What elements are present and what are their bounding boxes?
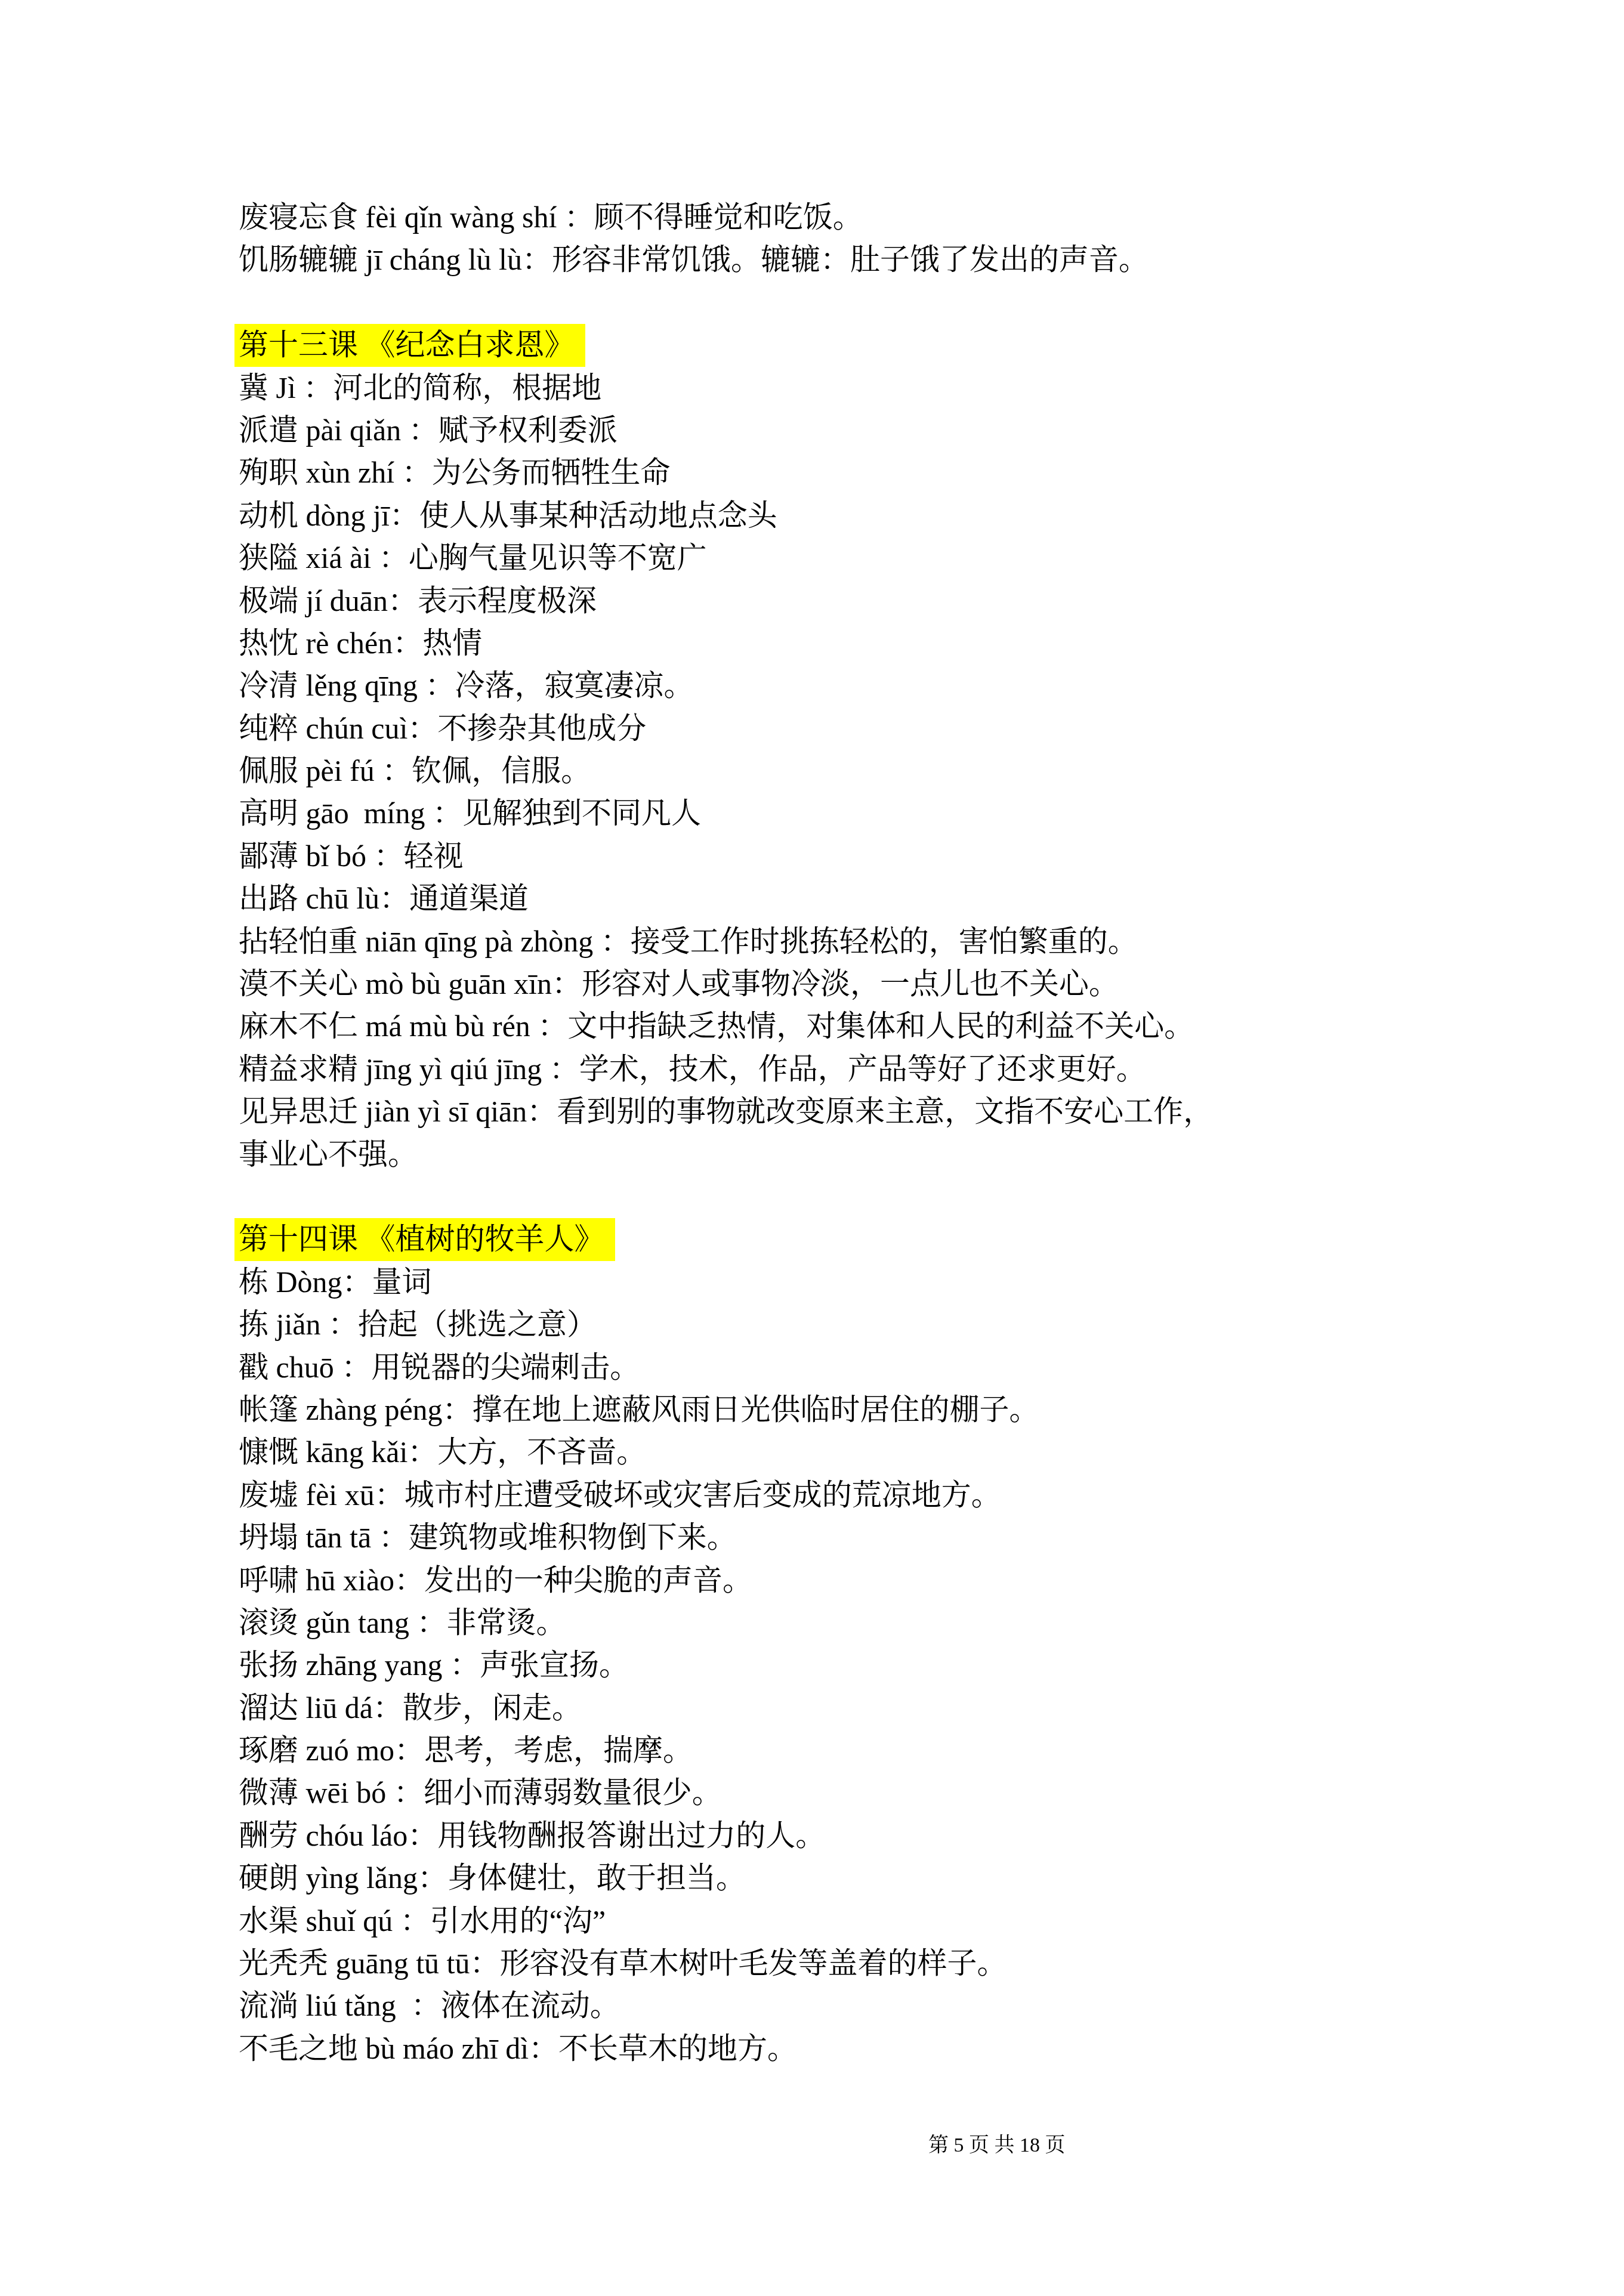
vocab-line: 流淌 liú tǎng ：液体在流动。 [239,1985,1599,2027]
vocab-line: 琢磨 zuó mo：思考，考虑，揣摩。 [239,1729,1599,1772]
vocab-line: 出路 chū lù：通道渠道 [239,877,1599,920]
vocab-line: 栋 Dòng：量词 [239,1261,1599,1303]
vocab-line: 滚烫 gǔn tang ：非常烫。 [239,1602,1599,1644]
vocab-line: 慷慨 kāng kǎi：大方，不吝啬。 [239,1431,1599,1473]
vocab-line: 派遣 pài qiǎn ：赋予权利委派 [239,409,1599,452]
document-body: 废寝忘食 fèi qǐn wàng shí ：顾不得睡觉和吃饭。饥肠辘辘 jī … [239,196,1599,2070]
vocab-line: 水渠 shuǐ qú ：引水用的“沟” [239,1900,1599,1942]
vocab-line: 精益求精 jīng yì qiú jīng ：学术，技术，作品，产品等好了还求更… [239,1048,1599,1090]
vocab-line: 鄙薄 bǐ bó ：轻视 [239,835,1599,877]
vocab-line: 戳 chuō ：用锐器的尖端刺击。 [239,1346,1599,1389]
vocab-line: 极端 jí duān：表示程度极深 [239,580,1599,622]
vocab-line: 呼啸 hū xiào：发出的一种尖脆的声音。 [239,1559,1599,1602]
vocab-line: 硬朗 yìng lǎng：身体健壮，敢于担当。 [239,1857,1599,1899]
vocab-line: 漠不关心 mò bù guān xīn：形容对人或事物冷淡，一点儿也不关心。 [239,963,1599,1005]
vocab-line: 殉职 xùn zhí ：为公务而牺牲生命 [239,452,1599,494]
section-header-line: 第十四课 《植树的牧羊人》 [239,1218,1599,1260]
section-header: 第十三课 《纪念白求恩》 [234,324,585,366]
vocab-line: 饥肠辘辘 jī cháng lù lù：形容非常饥饿。辘辘：肚子饿了发出的声音。 [239,239,1599,281]
vocab-line: 狭隘 xiá ài ：心胸气量见识等不宽广 [239,537,1599,579]
blank-line [239,1176,1599,1218]
document-page: 废寝忘食 fèi qǐn wàng shí ：顾不得睡觉和吃饭。饥肠辘辘 jī … [0,0,1624,2296]
vocab-line: 麻木不仁 má mù bù rén ：文中指缺乏热情，对集体和人民的利益不关心。 [239,1005,1599,1047]
vocab-line: 微薄 wēi bó ：细小而薄弱数量很少。 [239,1772,1599,1814]
vocab-line: 见异思迁 jiàn yì sī qiān：看到别的事物就改变原来主意，文指不安心… [239,1090,1599,1133]
page-number: 第 5 页 共 18 页 [928,2133,1066,2158]
vocab-line: 动机 dòng jī：使人从事某种活动地点念头 [239,495,1599,537]
vocab-line: 不毛之地 bù máo zhī dì：不长草木的地方。 [239,2028,1599,2070]
vocab-line: 溜达 liū dá：散步，闲走。 [239,1687,1599,1729]
vocab-line: 冷清 lěng qīng ：冷落，寂寞凄凉。 [239,665,1599,707]
vocab-line: 热忱 rè chén：热情 [239,622,1599,665]
vocab-line: 坍塌 tān tā ：建筑物或堆积物倒下来。 [239,1516,1599,1559]
vocab-line: 高明 gāo míng ：见解独到不同凡人 [239,792,1599,835]
vocab-line: 事业心不强。 [239,1133,1599,1176]
vocab-line: 酬劳 chóu láo：用钱物酬报答谢出过力的人。 [239,1815,1599,1857]
section-header: 第十四课 《植树的牧羊人》 [234,1218,615,1260]
vocab-line: 拈轻怕重 niān qīng pà zhòng ：接受工作时挑拣轻松的，害怕繁重… [239,920,1599,963]
vocab-line: 光秃秃 guāng tū tū：形容没有草木树叶毛发等盖着的样子。 [239,1942,1599,1985]
vocab-line: 废寝忘食 fèi qǐn wàng shí ：顾不得睡觉和吃饭。 [239,196,1599,239]
vocab-line: 冀 Jì ：河北的简称，根据地 [239,367,1599,409]
vocab-line: 张扬 zhāng yang ：声张宣扬。 [239,1644,1599,1686]
section-header-line: 第十三课 《纪念白求恩》 [239,324,1599,366]
vocab-line: 佩服 pèi fú ：钦佩，信服。 [239,750,1599,792]
vocab-line: 废墟 fèi xū：城市村庄遭受破坏或灾害后变成的荒凉地方。 [239,1474,1599,1516]
blank-line [239,282,1599,324]
vocab-line: 帐篷 zhàng péng：撑在地上遮蔽风雨日光供临时居住的棚子。 [239,1389,1599,1431]
vocab-line: 拣 jiǎn ：拾起（挑选之意） [239,1303,1599,1346]
vocab-line: 纯粹 chún cuì：不掺杂其他成分 [239,707,1599,750]
